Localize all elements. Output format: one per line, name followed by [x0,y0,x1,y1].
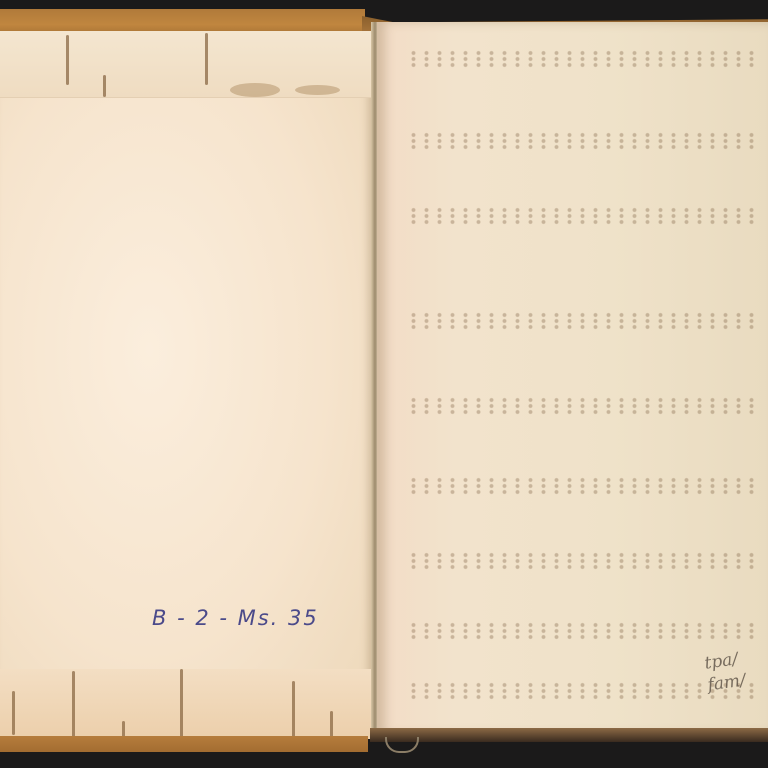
notation-bleed-row [407,50,758,68]
notation-bleed-row [407,682,758,700]
manuscript-book: B - 2 - Ms. 35 tpa/ fam/ [0,0,768,768]
right-music-page [377,22,768,734]
left-flyleaf-page [0,31,374,739]
bottom-stained-band [0,669,374,739]
wormhole-trail [72,671,75,737]
margin-annotation: tpa/ fam/ [703,648,747,697]
wormhole-trail [292,681,295,737]
notation-bleed-row [407,552,758,570]
notation-bleed-row [407,477,758,495]
cover-board-bottom-right [370,728,768,742]
notation-bleed-row [407,622,758,640]
cover-board-bottom-left [0,736,368,752]
wormhole-trail [66,35,69,85]
shelfmark-label: B - 2 - Ms. 35 [152,606,319,630]
binding-thread [385,737,419,753]
damage-stain [230,83,280,97]
wormhole-trail [12,691,15,735]
damage-stain [295,85,340,95]
notation-bleed-row [407,312,758,330]
wormhole-trail [103,75,106,97]
notation-bleed-row [407,397,758,415]
notation-bleed-row [407,207,758,225]
wormhole-trail [122,721,125,737]
wormhole-trail [330,711,333,737]
wormhole-trail [205,33,208,85]
wormhole-trail [180,669,183,739]
notation-bleed-row [407,132,758,150]
